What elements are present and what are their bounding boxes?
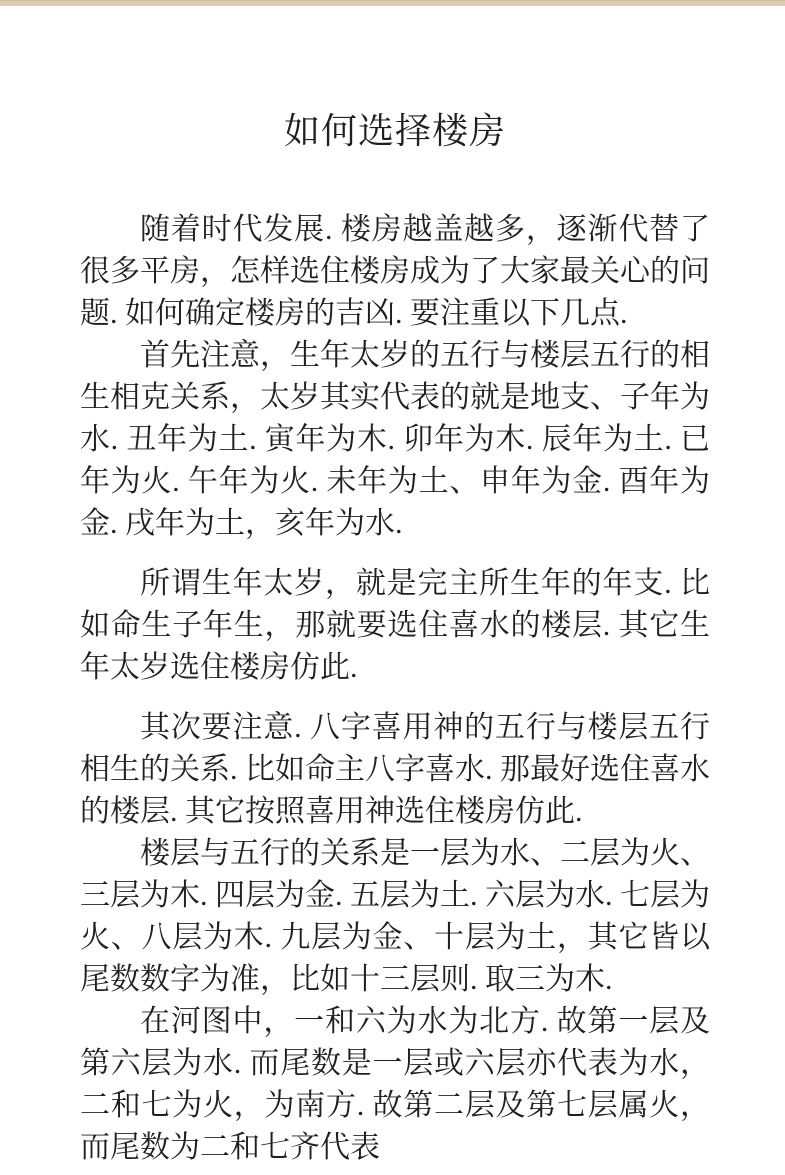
document-page: 如何选择楼房 随着时代发展. 楼房越盖越多，逐渐代替了很多平房，怎样选住楼房成为… <box>0 109 785 1175</box>
paragraph-bazi-xiyongshen: 其次要注意. 八字喜用神的五行与楼层五行相生的关系. 比如命主八字喜水. 那最好… <box>80 707 710 833</box>
page-title: 如何选择楼房 <box>80 109 710 153</box>
page-top-border <box>0 0 785 6</box>
paragraph-taisui-wuxing: 首先注意，生年太岁的五行与楼层五行的相生相克关系，太岁其实代表的就是地支、子年为… <box>80 335 710 545</box>
paragraph-intro: 随着时代发展. 楼房越盖越多，逐渐代替了很多平房，怎样选住楼房成为了大家最关心的… <box>80 209 710 335</box>
paragraph-louceng-wuxing: 楼层与五行的关系是一层为水、二层为火、三层为木. 四层为金. 五层为土. 六层为… <box>80 833 710 1001</box>
paragraph-hetu: 在河图中，一和六为水为北方. 故第一层及第六层为水. 而尾数是一层或六层亦代表为… <box>80 1001 710 1169</box>
paragraph-shengnian-taisui: 所谓生年太岁，就是完主所生年的年支. 比如命生子年生，那就要选住喜水的楼层. 其… <box>80 563 710 689</box>
page-root: { "document": { "title": "如何选择楼房", "para… <box>0 0 785 1175</box>
